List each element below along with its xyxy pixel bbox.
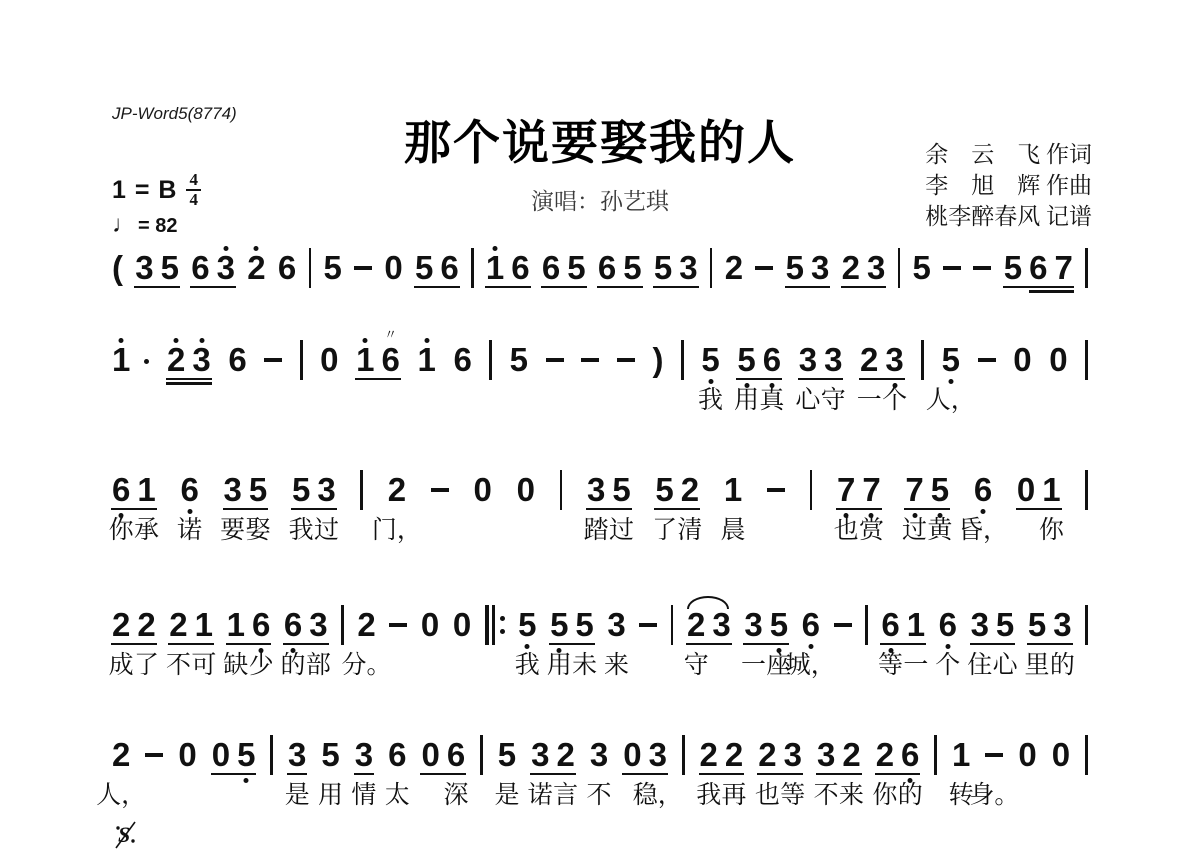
barline <box>1085 248 1088 288</box>
note: 3部 <box>309 609 327 641</box>
note: 3不 <box>817 739 835 771</box>
note-group: 0 <box>474 474 492 506</box>
note: 5 <box>786 252 804 284</box>
note-group: 6太 <box>388 739 406 771</box>
lyric: 情 <box>351 783 376 809</box>
beam-underline <box>757 773 803 776</box>
note-group: 6城， <box>802 609 820 641</box>
lyric: 清 <box>677 518 702 544</box>
note-group: 1缺6少 <box>227 609 271 641</box>
key-label: 1 = B <box>112 176 177 205</box>
beam-underline <box>223 508 269 511</box>
beam-underline <box>134 286 180 289</box>
note-group: 5 <box>913 252 931 284</box>
beam-underline <box>622 773 668 776</box>
low-octave-dot <box>808 644 813 649</box>
duration-dash <box>755 252 773 284</box>
low-octave-dot <box>244 778 249 783</box>
note: 2你 <box>876 739 894 771</box>
beam-underline <box>816 773 862 776</box>
lyric: 踏 <box>584 518 609 544</box>
note: 3个 <box>885 344 903 376</box>
lyric: 可 <box>191 653 216 679</box>
beam-underline <box>836 508 882 511</box>
note: 3等 <box>784 739 802 771</box>
beam-underline <box>530 773 576 776</box>
beam-underline <box>970 643 1016 646</box>
note-group: 6个 <box>939 609 957 641</box>
beam-underline <box>190 286 236 289</box>
note-group: 03稳， <box>623 739 667 771</box>
lyric: 未 <box>572 653 597 679</box>
duration-dash <box>834 609 852 641</box>
beam-underline <box>586 508 632 511</box>
quarter-note-icon: ♩ <box>112 211 136 238</box>
beam-underline <box>875 773 921 776</box>
note: 5我 <box>701 344 719 376</box>
beam-underline <box>798 378 844 381</box>
note: 0 <box>384 252 402 284</box>
duration-dash <box>264 344 282 376</box>
note-group: 5 <box>323 252 341 284</box>
note: 6〃 <box>382 344 400 376</box>
note: 6太 <box>388 739 406 771</box>
high-octave-dot <box>119 338 124 343</box>
duration-dash <box>639 609 657 641</box>
lyric: 也 <box>834 518 859 544</box>
lyric: 黄 <box>927 518 952 544</box>
lyric: 赏 <box>859 518 884 544</box>
low-octave-dot <box>187 509 192 514</box>
lyric: 用 <box>547 653 572 679</box>
low-octave-dot <box>525 644 530 649</box>
note-group: 53 <box>654 252 698 284</box>
note: 6真 <box>763 344 781 376</box>
note-group: 1晨 <box>724 474 742 506</box>
note-group: 23 <box>842 252 886 284</box>
lyric: 心 <box>993 653 1018 679</box>
lyric: 你 <box>109 518 134 544</box>
barline <box>1085 735 1088 775</box>
beam-underline <box>541 286 587 289</box>
beam-underline <box>736 378 782 381</box>
beam-underline <box>168 643 214 646</box>
note: 5用 <box>321 739 339 771</box>
beam-underline <box>420 773 466 776</box>
note: 5是 <box>498 739 516 771</box>
note-group: 65 <box>598 252 642 284</box>
beam-underline <box>166 382 212 385</box>
barline <box>921 340 924 380</box>
time-signature: 4 4 <box>186 172 201 208</box>
lyric: 用 <box>734 388 759 414</box>
note: 6 <box>511 252 529 284</box>
beam-underline <box>785 286 831 289</box>
note: 7 <box>1054 252 1072 284</box>
note-group: 6 <box>278 252 296 284</box>
lyric: 来 <box>604 653 629 679</box>
beam-underline <box>111 508 157 511</box>
note: 6少 <box>252 609 270 641</box>
low-octave-dot <box>981 509 986 514</box>
barline <box>681 340 684 380</box>
note: 2再 <box>725 739 743 771</box>
note: 6诺 <box>180 474 198 506</box>
note-group: 2一3个 <box>860 344 904 376</box>
note: 6深 <box>447 739 465 771</box>
lyric: 等 <box>780 783 805 809</box>
note: 0 <box>320 344 338 376</box>
note-group: 65 <box>542 252 586 284</box>
note: 2成 <box>112 609 130 641</box>
note: 1一 <box>907 609 925 641</box>
lyric: 不 <box>166 653 191 679</box>
note-group: 5用6真 <box>737 344 781 376</box>
high-octave-dot <box>199 338 204 343</box>
lyric: 一 <box>857 388 882 414</box>
high-octave-dot <box>223 246 228 251</box>
lyric: 人， <box>926 388 976 414</box>
note: 2人， <box>112 739 130 771</box>
note-group: 6 <box>453 344 471 376</box>
note: 6 <box>1029 252 1047 284</box>
note-group: 2 <box>725 252 743 284</box>
note-group: 63 <box>191 252 235 284</box>
repeat-dots <box>500 609 505 641</box>
lyric: 我 <box>696 783 721 809</box>
credits-block: 余 云 飞 作词 李 旭 辉 作曲 桃李醉春风 记谱 <box>925 139 1092 232</box>
lyric: 晨 <box>721 518 746 544</box>
repeat-thin-bar <box>492 605 494 645</box>
note: 1可 <box>195 609 213 641</box>
note-group: 53 <box>786 252 830 284</box>
note-group: 5人， <box>942 344 960 376</box>
barline <box>898 248 901 288</box>
duration-dash <box>617 344 635 376</box>
score-line: 6你1承6诺3要5娶5我3过2门，003踏5过5了2清1晨7也7赏7过5黄6昏，… <box>112 474 1088 506</box>
note: 0 <box>1049 344 1067 376</box>
note-group: 3情 <box>355 739 373 771</box>
note: 2守 <box>687 609 705 641</box>
duration-dash: 身。 <box>985 739 1003 771</box>
note: 5 <box>567 252 585 284</box>
note-group: 5我 <box>518 609 536 641</box>
note: 0 <box>474 474 492 506</box>
time-signature-denominator: 4 <box>189 191 198 208</box>
lyric: 我 <box>289 518 314 544</box>
lyric: 城， <box>786 653 836 679</box>
note-group: 5里3的 <box>1028 609 1072 641</box>
note-group: 6诺 <box>180 474 198 506</box>
paren: ( <box>112 252 123 284</box>
duration-dash <box>145 739 163 771</box>
lyric: 一 <box>741 653 766 679</box>
note: 0 <box>178 739 196 771</box>
lyric: 一 <box>903 653 928 679</box>
paren: ) <box>653 344 664 376</box>
note: 5 <box>510 344 528 376</box>
barline <box>309 248 312 288</box>
lyric: 了 <box>652 518 677 544</box>
note-group: 2门， <box>388 474 406 506</box>
repeat-dot <box>500 616 505 621</box>
note: 3心 <box>799 344 817 376</box>
duration-dash <box>581 344 599 376</box>
note: 5用 <box>550 609 568 641</box>
beam-underline <box>226 643 272 646</box>
note: 3情 <box>355 739 373 771</box>
note: 5娶 <box>249 474 267 506</box>
note: 5未 <box>575 609 593 641</box>
lyric: 诺 <box>528 783 553 809</box>
note: 5心 <box>996 609 1014 641</box>
repeat-dot <box>500 629 505 634</box>
note: 5 <box>623 252 641 284</box>
lyric: 住 <box>967 653 992 679</box>
high-octave-dot <box>174 338 179 343</box>
note-group: 5 <box>510 344 528 376</box>
note: 5黄 <box>931 474 949 506</box>
beam-underline <box>414 286 460 289</box>
note-group: 2分。 <box>357 609 375 641</box>
note: 0 <box>421 609 439 641</box>
note: 5过 <box>612 474 630 506</box>
barline <box>360 470 363 510</box>
lyric: 不 <box>587 783 612 809</box>
note-group: 0 <box>1013 344 1031 376</box>
lyricist-credit: 余 云 飞 作词 <box>925 139 1092 170</box>
lyric: 太 <box>385 783 410 809</box>
beam-underline <box>904 508 950 511</box>
barline <box>300 340 303 380</box>
augmentation-dot <box>144 359 149 364</box>
note: 3的 <box>1053 609 1071 641</box>
lyric: 要 <box>220 518 245 544</box>
note: 2 <box>167 344 185 376</box>
note-group: 3要5娶 <box>224 474 268 506</box>
barline <box>489 340 492 380</box>
segno-icon: S <box>114 820 138 850</box>
note: 5 <box>913 252 931 284</box>
lyric: 个 <box>935 653 960 679</box>
lyric: 守 <box>821 388 846 414</box>
note: 3 <box>192 344 210 376</box>
note: 5座 <box>770 609 788 641</box>
note: 5 <box>323 252 341 284</box>
time-signature-numerator: 4 <box>186 172 201 191</box>
note: 3不 <box>590 739 608 771</box>
score-line: 2人，0053是5用3情6太06深5是3诺2言3不03稳，2我2再2也3等3不2… <box>112 739 1088 771</box>
low-octave-dot <box>948 379 953 384</box>
note: 2门， <box>388 474 406 506</box>
note-group: 2人， <box>112 739 130 771</box>
note-group: 3心3守 <box>799 344 843 376</box>
note: 6 <box>453 344 471 376</box>
note: 0 <box>212 739 230 771</box>
lyric: 用 <box>318 783 343 809</box>
note-group: 0 <box>1049 344 1067 376</box>
barline <box>710 248 713 288</box>
note: 3 <box>135 252 153 284</box>
lyric: 身。 <box>969 783 1019 809</box>
beam-underline <box>597 286 643 289</box>
note-group: 01你 <box>1017 474 1061 506</box>
note-group: 16 <box>486 252 530 284</box>
mordent-icon: 〃 <box>384 329 397 341</box>
note: 0 <box>517 474 535 506</box>
lyric: 成 <box>109 653 134 679</box>
lyric: 是 <box>494 783 519 809</box>
note-group: 1 <box>417 344 435 376</box>
note-group: 0 <box>320 344 338 376</box>
barline <box>471 248 474 288</box>
duration-dash <box>431 474 449 506</box>
note-group: 3住5心 <box>971 609 1015 641</box>
note: 2我 <box>700 739 718 771</box>
note: 3踏 <box>587 474 605 506</box>
lyric: 你 <box>1039 518 1064 544</box>
lyric: 我 <box>698 388 723 414</box>
beam-underline <box>1003 286 1074 289</box>
note: 5 <box>1004 252 1022 284</box>
note: 2分。 <box>357 609 375 641</box>
note: 3稳， <box>649 739 667 771</box>
beam-underline <box>354 773 374 776</box>
note: 1缺 <box>227 609 245 641</box>
note-group: 3诺2言 <box>531 739 575 771</box>
lyric: 也 <box>755 783 780 809</box>
note: 7赏 <box>862 474 880 506</box>
note-group: 5是 <box>498 739 516 771</box>
note: 3过 <box>317 474 335 506</box>
lyric: 承 <box>134 518 159 544</box>
note: 1晨 <box>724 474 742 506</box>
note-group: 0 <box>517 474 535 506</box>
beam-underline <box>1027 643 1073 646</box>
note-group: 7过5黄 <box>905 474 949 506</box>
barline <box>560 470 563 510</box>
beam-underline <box>549 643 595 646</box>
lyric: 诺 <box>177 518 202 544</box>
lyric: 部 <box>306 653 331 679</box>
note: 6个 <box>939 609 957 641</box>
note-group: 6的3部 <box>284 609 328 641</box>
lyric: 娶 <box>246 518 271 544</box>
note-group: 6你1承 <box>112 474 156 506</box>
note-group: 5我 <box>701 344 719 376</box>
note: 6你 <box>112 474 130 506</box>
high-octave-dot <box>363 338 368 343</box>
note: 7过 <box>905 474 923 506</box>
high-octave-dot <box>254 246 259 251</box>
note: 6 <box>278 252 296 284</box>
note: 0 <box>453 609 471 641</box>
note: 5 <box>237 739 255 771</box>
note: 2 <box>247 252 265 284</box>
high-octave-dot <box>424 338 429 343</box>
duration-dash <box>354 252 372 284</box>
note-group: 0 <box>178 739 196 771</box>
lyric: 昏， <box>958 518 1008 544</box>
lyric: 的 <box>1050 653 1075 679</box>
lyric: 缺 <box>223 653 248 679</box>
note-group: 06深 <box>421 739 465 771</box>
lyric: 不 <box>814 783 839 809</box>
barline <box>671 605 674 645</box>
duration-dash <box>973 252 991 284</box>
note-group: 23 <box>167 344 211 376</box>
note: 5用 <box>737 344 755 376</box>
note: 2 <box>842 252 860 284</box>
lyric: 过 <box>314 518 339 544</box>
note: 2 <box>725 252 743 284</box>
lyric: 的 <box>281 653 306 679</box>
note-group: 6 <box>228 344 246 376</box>
beam-underline <box>485 286 531 289</box>
low-octave-dot <box>708 379 713 384</box>
note: 0 <box>421 739 439 771</box>
repeat-thick-bar <box>485 605 490 645</box>
note: 6 <box>440 252 458 284</box>
note-group: 0 <box>384 252 402 284</box>
beam-underline <box>880 643 926 646</box>
beam-underline <box>743 643 789 646</box>
lyric: 心 <box>795 388 820 414</box>
beam-underline <box>859 378 905 381</box>
note-group: 7也7赏 <box>837 474 881 506</box>
note-group: 6昏， <box>974 474 992 506</box>
barline <box>1085 605 1088 645</box>
duration-dash <box>546 344 564 376</box>
note: 6 <box>598 252 616 284</box>
beam-underline <box>291 508 337 511</box>
lyric: 真 <box>759 388 784 414</box>
lyric: 我 <box>515 653 540 679</box>
composer-credit: 李 旭 辉 作曲 <box>925 170 1092 201</box>
note: 3住 <box>971 609 989 641</box>
lyric: 了 <box>134 653 159 679</box>
barline <box>341 605 344 645</box>
barline <box>934 735 937 775</box>
note: 5 <box>654 252 672 284</box>
transcriber-credit: 桃李醉春风 记谱 <box>925 201 1092 232</box>
beam-underline <box>287 773 307 776</box>
beam-underline <box>1016 508 1062 511</box>
lyric: 人， <box>96 783 146 809</box>
note: 0 <box>1018 739 1036 771</box>
beam-underline <box>654 508 700 511</box>
lyric: 等 <box>878 653 903 679</box>
note: 6 <box>542 252 560 284</box>
note: 2不 <box>169 609 187 641</box>
beam-underline <box>841 286 887 289</box>
note-group: 1转 <box>952 739 970 771</box>
note-group: 3不 <box>590 739 608 771</box>
note: 1转 <box>952 739 970 771</box>
note: 3 <box>679 252 697 284</box>
note-group: 3来 <box>607 609 625 641</box>
note-group: 567 <box>1004 252 1073 284</box>
low-octave-dot <box>945 644 950 649</box>
duration-dash <box>978 344 996 376</box>
note: 0 <box>1013 344 1031 376</box>
beam-underline-partial <box>1029 290 1074 293</box>
note: 3一 <box>744 609 762 641</box>
note: 3是 <box>288 739 306 771</box>
note: 2一 <box>860 344 878 376</box>
note-group: 5我3过 <box>292 474 336 506</box>
note: 0 <box>1017 474 1035 506</box>
